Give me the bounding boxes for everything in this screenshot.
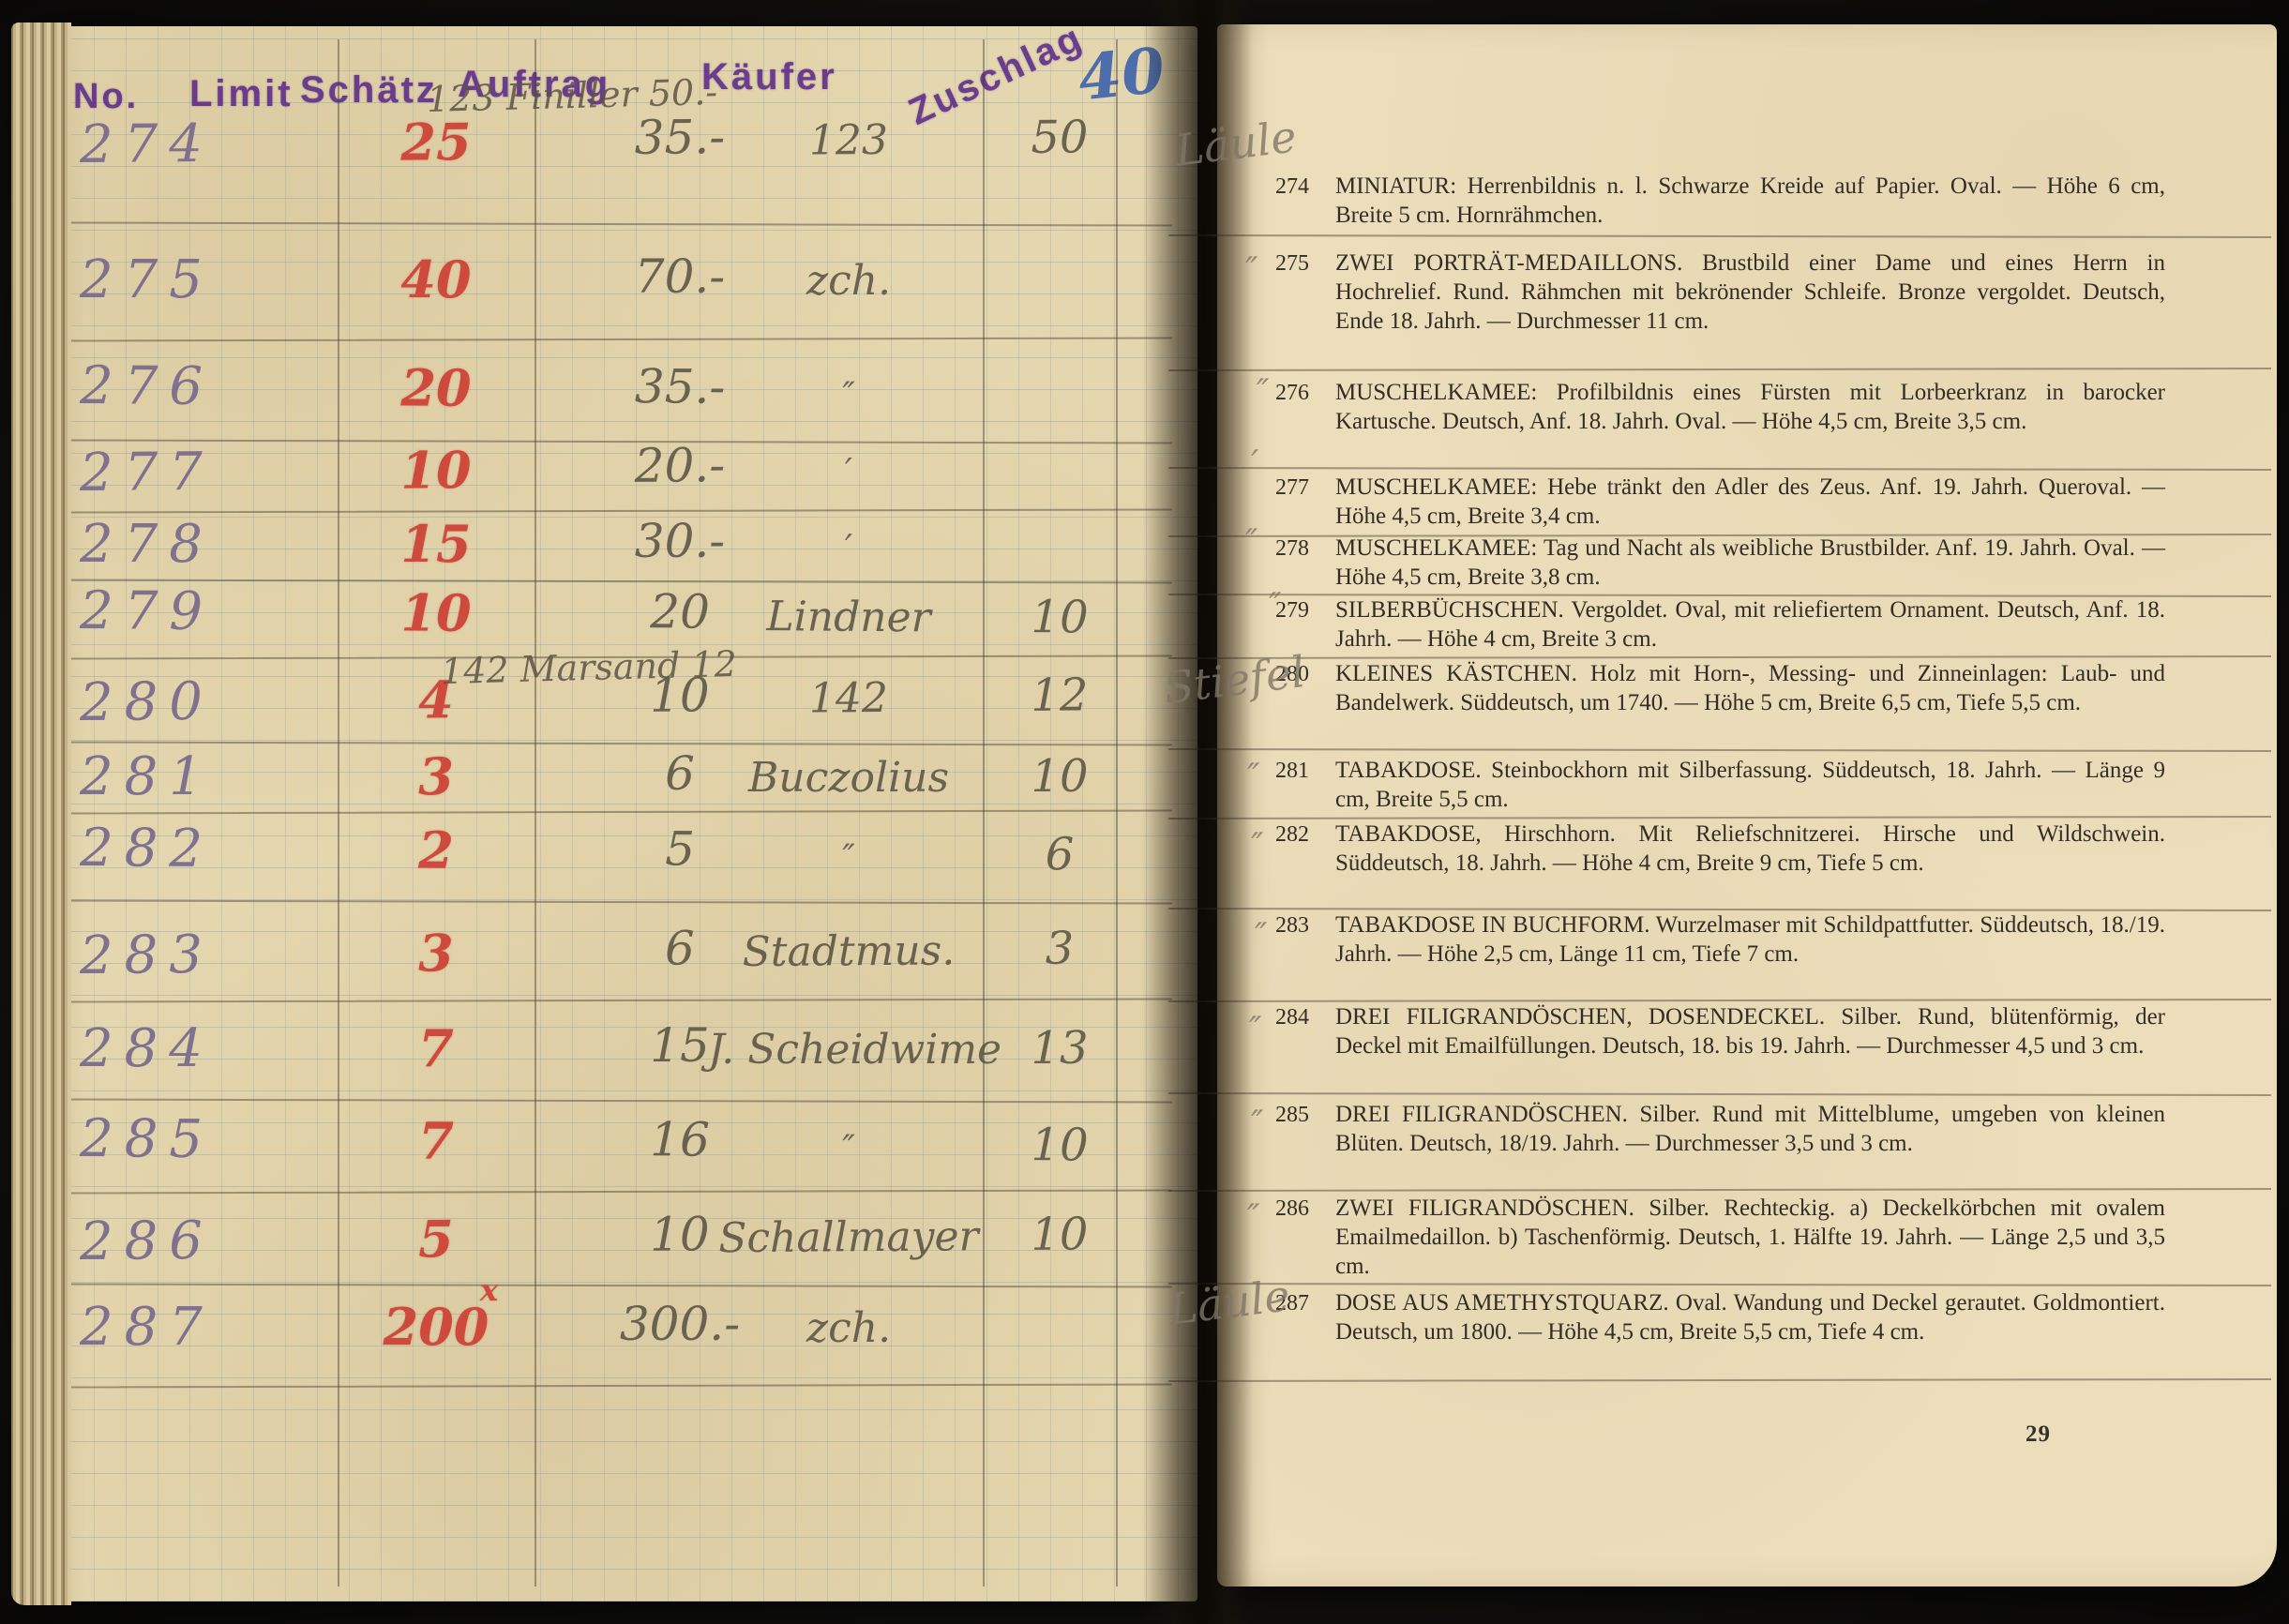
ledger-row: 2762035.-″ [30, 355, 1198, 443]
catalog-lot-description: KLEINES KÄSTCHEN. Holz mit Horn-, Messin… [1335, 659, 2165, 717]
catalog-lot-number: 283 [1275, 913, 1309, 939]
catalog-entry-divider [1168, 1092, 2271, 1096]
lot-number-handwritten: 287 [80, 1297, 258, 1358]
ledger-row: 28225″6 [30, 818, 1198, 905]
limit-cross-mark: x [480, 1272, 498, 1308]
ledger-row-divider [56, 1098, 1172, 1103]
catalog-entry: 277MUSCHELKAMEE: Hebe tränkt den Adler d… [1275, 473, 2171, 531]
catalog-entry: 286ZWEI FILIGRANDÖSCHEN. Silber. Rechtec… [1275, 1194, 2171, 1281]
catalog-lot-description: TABAKDOSE, Hirschhorn. Mit Reliefschnitz… [1335, 820, 2165, 878]
ledger-row: 285716″10 [30, 1108, 1198, 1195]
catalog-lot-number: 280 [1275, 662, 1309, 687]
hammer-price: 12 [999, 669, 1121, 722]
col-header-schaetz: Schätz [300, 69, 438, 112]
catalog-entry-divider [1168, 748, 2271, 752]
blue-ink-note: 40 [1075, 33, 1168, 114]
lot-number-handwritten: 276 [80, 355, 258, 417]
order-note: 123 Finiller 50.- [426, 71, 717, 120]
limit-value: 2 [366, 820, 506, 880]
limit-value: 7 [366, 1018, 506, 1078]
limit-value: 3 [366, 746, 506, 806]
catalog-lot-number: 281 [1275, 759, 1309, 784]
catalog-lot-description: MUSCHELKAMEE: Profilbildnis eines Fürste… [1335, 378, 2165, 436]
catalog-lot-description: DREI FILIGRANDÖSCHEN. Silber. Rund mit M… [1335, 1100, 2165, 1158]
ledger-row: 284715J. Scheidwime13 [30, 1018, 1197, 1097]
limit-value: 5 [366, 1209, 506, 1270]
catalog-entry: 275ZWEI PORTRÄT-MEDAILLONS. Brustbild ei… [1275, 248, 2171, 336]
catalog-lot-description: MUSCHELKAMEE: Hebe tränkt den Adler des … [1335, 473, 2165, 531]
buyer-name: J. Scheidwime [708, 1026, 989, 1074]
buyer-name: Stadtmus. [708, 926, 989, 976]
lot-number-handwritten: 278 [80, 514, 258, 575]
buyer-name: ′ [708, 451, 989, 491]
buyer-name: Lindner [708, 593, 989, 642]
catalog-lot-number: 275 [1275, 251, 1309, 277]
lot-number-handwritten: 279 [80, 580, 258, 642]
catalog-lot-description: MINIATUR: Herrenbildnis n. l. Schwarze K… [1335, 172, 2165, 230]
limit-value: 3 [366, 923, 506, 984]
ledger-row-divider [56, 221, 1172, 226]
lot-number-handwritten: 282 [80, 818, 258, 880]
page-edge-stack [11, 23, 71, 1605]
catalog-lot-description: ZWEI PORTRÄT-MEDAILLONS. Brustbild einer… [1335, 248, 2165, 336]
catalog-page: 29 274MINIATUR: Herrenbildnis n. l. Schw… [1217, 24, 2277, 1586]
ledger-row: 28336Stadtmus.3 [30, 918, 1198, 1005]
catalog-entry: 281TABAKDOSE. Steinbockhorn mit Silberfa… [1275, 756, 2171, 814]
hammer-price: 50 [999, 111, 1121, 164]
buyer-name: ″ [708, 375, 989, 415]
col-header-limit: Limit [189, 73, 294, 115]
lot-number-handwritten: 283 [80, 925, 258, 986]
hammer-price: 13 [999, 1022, 1121, 1075]
hammer-price: 10 [999, 750, 1121, 803]
ledger-page: No. Limit Schätz Auftrag Käufer Zuschlag… [30, 26, 1197, 1601]
catalog-entry-divider [1168, 1378, 2271, 1382]
catalog-entry: 287DOSE AUS AMETHYSTQUARZ. Oval. Wandung… [1275, 1288, 2171, 1346]
lot-number-handwritten: 275 [80, 249, 258, 310]
limit-value: 10 [366, 582, 506, 643]
catalog-lot-number: 282 [1275, 822, 1309, 848]
buyer-name: zch. [708, 257, 989, 305]
lot-number-handwritten: 281 [80, 746, 258, 807]
catalog-lot-number: 279 [1275, 598, 1309, 624]
buyer-name: zch. [708, 1304, 989, 1352]
catalog-entry-divider [1168, 1283, 2271, 1286]
catalog-entry: 280KLEINES KÄSTCHEN. Holz mit Horn-, Mes… [1275, 659, 2171, 717]
lot-number-handwritten: 280 [80, 671, 258, 733]
ledger-row: 2754070.-zch. [30, 249, 1197, 328]
catalog-entry: 278MUSCHELKAMEE: Tag und Nacht als weibl… [1275, 534, 2171, 592]
catalog-entry-divider [1168, 467, 2271, 471]
catalog-entry: 285DREI FILIGRANDÖSCHEN. Silber. Rund mi… [1275, 1100, 2171, 1158]
limit-value: 7 [366, 1110, 506, 1171]
catalog-lot-number: 284 [1275, 1005, 1309, 1030]
catalog-lot-number: 277 [1275, 475, 1309, 501]
hammer-price: 10 [999, 1119, 1121, 1172]
catalog-lot-description: ZWEI FILIGRANDÖSCHEN. Silber. Rechteckig… [1335, 1194, 2165, 1281]
catalog-lot-description: SILBERBÜCHSCHEN. Vergoldet. Oval, mit re… [1335, 595, 2165, 654]
limit-value: 40 [366, 249, 506, 309]
catalog-entry: 276MUSCHELKAMEE: Profilbildnis eines Für… [1275, 378, 2171, 436]
book-scan-scene: No. Limit Schätz Auftrag Käufer Zuschlag… [0, 0, 2289, 1624]
lot-number-handwritten: 274 [80, 113, 258, 175]
limit-value: 10 [366, 440, 506, 501]
buyer-name: ″ [708, 837, 989, 878]
hammer-price: 3 [999, 922, 1121, 975]
ledger-row-divider [56, 337, 1172, 341]
hammer-price: 10 [999, 591, 1121, 644]
buyer-name: 123 [708, 115, 989, 165]
col-header-no: No. [73, 77, 139, 117]
ledger-row-divider [56, 1383, 1172, 1388]
catalog-lot-number: 274 [1275, 174, 1309, 200]
catalog-lot-number: 285 [1275, 1103, 1309, 1128]
hammer-price: 6 [999, 828, 1121, 881]
catalog-lot-number: 276 [1275, 381, 1309, 406]
catalog-entry: 284DREI FILIGRANDÖSCHEN, DOSENDECKEL. Si… [1275, 1002, 2171, 1060]
catalog-lot-description: DOSE AUS AMETHYSTQUARZ. Oval. Wandung un… [1335, 1288, 2165, 1346]
catalog-entry: 283TABAKDOSE IN BUCHFORM. Wurzelmaser mi… [1275, 910, 2171, 969]
catalog-entry: 282TABAKDOSE, Hirschhorn. Mit Reliefschn… [1275, 820, 2171, 878]
ledger-row: 2771020.-′ [30, 435, 1198, 522]
lot-number-handwritten: 277 [80, 442, 258, 504]
catalog-entry: 279SILBERBÜCHSCHEN. Vergoldet. Oval, mit… [1275, 595, 2171, 654]
order-note: 142 Marsand 12 [440, 643, 737, 692]
catalog-entry-divider [1168, 234, 2271, 238]
lot-number-handwritten: 285 [80, 1108, 258, 1170]
buyer-name: 142 [708, 673, 989, 723]
catalog-lot-description: DREI FILIGRANDÖSCHEN, DOSENDECKEL. Silbe… [1335, 1002, 2165, 1060]
buyer-name: Schallmayer [708, 1212, 989, 1262]
ledger-row: 286510Schallmayer10 [30, 1204, 1198, 1291]
catalog-lot-number: 286 [1275, 1196, 1309, 1222]
col-header-kaeufer: Käufer [701, 56, 837, 98]
catalog-lot-number: 287 [1275, 1291, 1309, 1316]
ledger-row: 2742535.-12350 [30, 107, 1198, 194]
limit-value: 20 [366, 357, 506, 418]
catalog-lot-number: 278 [1275, 536, 1309, 562]
hammer-price: 10 [999, 1208, 1121, 1261]
limit-value: 25 [366, 112, 506, 173]
catalog-lot-description: MUSCHELKAMEE: Tag und Nacht als weiblich… [1335, 534, 2165, 592]
ledger-row: 28136Buczolius10 [30, 746, 1197, 825]
lot-number-handwritten: 286 [80, 1210, 258, 1272]
limit-value: 15 [366, 514, 506, 574]
ledger-row: 287200300.-zch.x [30, 1297, 1197, 1376]
lot-number-handwritten: 284 [80, 1018, 258, 1079]
catalog-lot-description: TABAKDOSE. Steinbockhorn mit Silberfassu… [1335, 756, 2165, 814]
catalog-entry-divider [1168, 368, 2271, 371]
buyer-name: ″ [708, 1128, 989, 1168]
catalog-entry-divider [1168, 1188, 2271, 1192]
catalog-entry: 274MINIATUR: Herrenbildnis n. l. Schwarz… [1275, 172, 2171, 230]
buyer-name: Buczolius [708, 754, 989, 802]
buyer-name: ′ [708, 529, 989, 567]
page-number: 29 [2025, 1421, 2051, 1448]
catalog-lot-description: TABAKDOSE IN BUCHFORM. Wurzelmaser mit S… [1335, 910, 2165, 969]
